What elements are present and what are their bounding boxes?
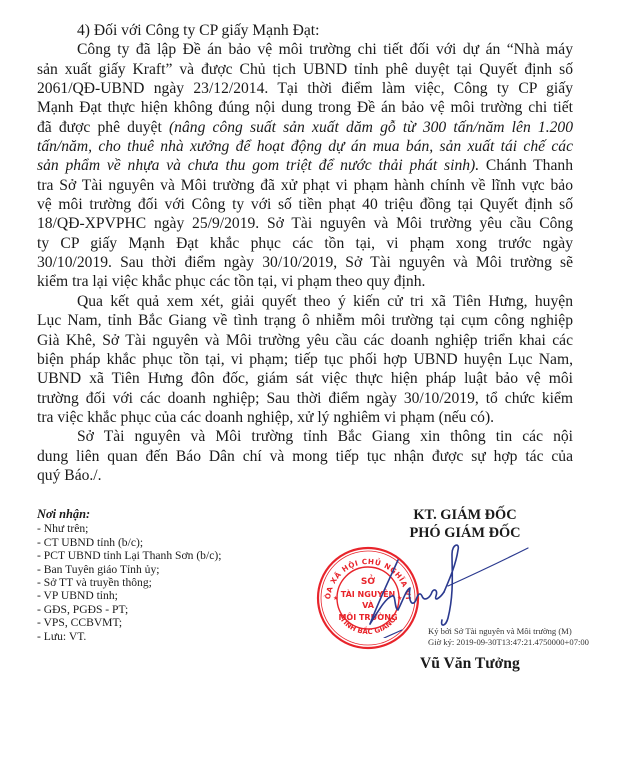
body-line: Qua kết quả xem xét, giải quyết theo ý k…: [37, 292, 573, 311]
handwritten-signature-icon: [360, 538, 530, 638]
recipient-item: - VP UBND tỉnh;: [37, 589, 297, 602]
document-page: 4) Đối với Công ty CP giấy Mạnh Đạt: Côn…: [0, 0, 640, 757]
body-text-segment: Chánh Thanh: [479, 157, 573, 174]
recipient-item: - Ban Tuyên giáo Tỉnh ủy;: [37, 563, 297, 576]
body-line: 2061/QĐ-UBND ngày 23/12/2014. Tại thời đ…: [37, 79, 573, 98]
recipient-item: - PCT UBND tỉnh Lại Thanh Sơn (b/c);: [37, 549, 297, 562]
body-line: ty CP giấy Mạnh Đạt khắc phục các tồn tạ…: [37, 234, 573, 253]
recipients-title: Nơi nhận:: [37, 508, 297, 521]
signed-time-text: Giờ ký: 2019-09-30T13:47:21.4750000+07:0…: [428, 637, 589, 648]
body-line: tấn/năm, cho thuê nhà xưởng để hoạt động…: [37, 137, 573, 156]
recipient-item: - Lưu: VT.: [37, 630, 297, 643]
body-line: dung liên quan đến Báo Dân chí và mong t…: [37, 447, 573, 466]
body-line: trường đối với các doanh nghiệp; Sau thờ…: [37, 389, 573, 408]
body-line: Lục Nam, tỉnh Bắc Giang về tình trạng ô …: [37, 311, 573, 330]
body-text-segment: đã được phê duyệt: [37, 119, 169, 136]
section-heading: 4) Đối với Công ty CP giấy Mạnh Đạt:: [37, 21, 573, 40]
recipients-list: Nơi nhận: - Như trên;- CT UBND tỉnh (b/c…: [37, 508, 297, 643]
body-line: sản phẩm về nhựa và chưa thu gom triệt đ…: [37, 156, 573, 175]
body-line: 18/QĐ-XPVPHC ngày 25/9/2019. Sở Tài nguy…: [37, 214, 573, 233]
body-line: Công ty đã lập Đề án bảo vệ môi trường c…: [37, 40, 573, 59]
signer-name: Vũ Văn Tưởng: [420, 655, 520, 673]
body-line: Sở Tài nguyên và Môi trường tỉnh Bắc Gia…: [37, 427, 573, 446]
recipient-item: - VPS, CCBVMT;: [37, 616, 297, 629]
svg-text:★: ★: [333, 595, 338, 602]
body-line: đã được phê duyệt (nâng công suất sản xu…: [37, 118, 573, 137]
italic-text-segment: sản phẩm về nhựa và chưa thu gom triệt đ…: [37, 157, 479, 174]
recipient-item: - Như trên;: [37, 522, 297, 535]
body-line: 30/10/2019. Sau thời điểm ngày 30/10/201…: [37, 253, 573, 272]
signature-title-line1: KT. GIÁM ĐỐC: [380, 507, 550, 524]
body-line: Già Khê, Sở Tài nguyên và Môi trường yêu…: [37, 331, 573, 350]
body-line: vệ môi trường đối với Công ty với số tiề…: [37, 195, 573, 214]
recipient-item: - Sở TT và truyền thông;: [37, 576, 297, 589]
body-line: tra việc khắc phục của các doanh nghiệp,…: [37, 408, 573, 427]
recipient-item: - GĐS, PGĐS - PT;: [37, 603, 297, 616]
body-line: biện pháp khắc phục tồn tại, vi phạm; ti…: [37, 350, 573, 369]
body-line: UBND xã Tiên Hưng đôn đốc, giám sát việc…: [37, 369, 573, 388]
body-line: Mạnh Đạt thực hiện không đúng nội dung t…: [37, 98, 573, 117]
italic-text-segment: (nâng công suất sản xuất dăm gỗ từ 300 t…: [169, 119, 573, 136]
body-line: quý Báo./.: [37, 466, 573, 485]
recipient-item: - CT UBND tỉnh (b/c);: [37, 536, 297, 549]
body-line: tra Sở Tài nguyên và Môi trường đã xử ph…: [37, 176, 573, 195]
body-line: sản xuất giấy Kraft” và được Chủ tịch UB…: [37, 60, 573, 79]
body-line: kiểm tra lại việc khắc phục các tồn tại,…: [37, 272, 573, 291]
document-body: 4) Đối với Công ty CP giấy Mạnh Đạt: Côn…: [37, 21, 573, 485]
italic-text-segment: tấn/năm, cho thuê nhà xưởng để hoạt động…: [37, 138, 573, 155]
